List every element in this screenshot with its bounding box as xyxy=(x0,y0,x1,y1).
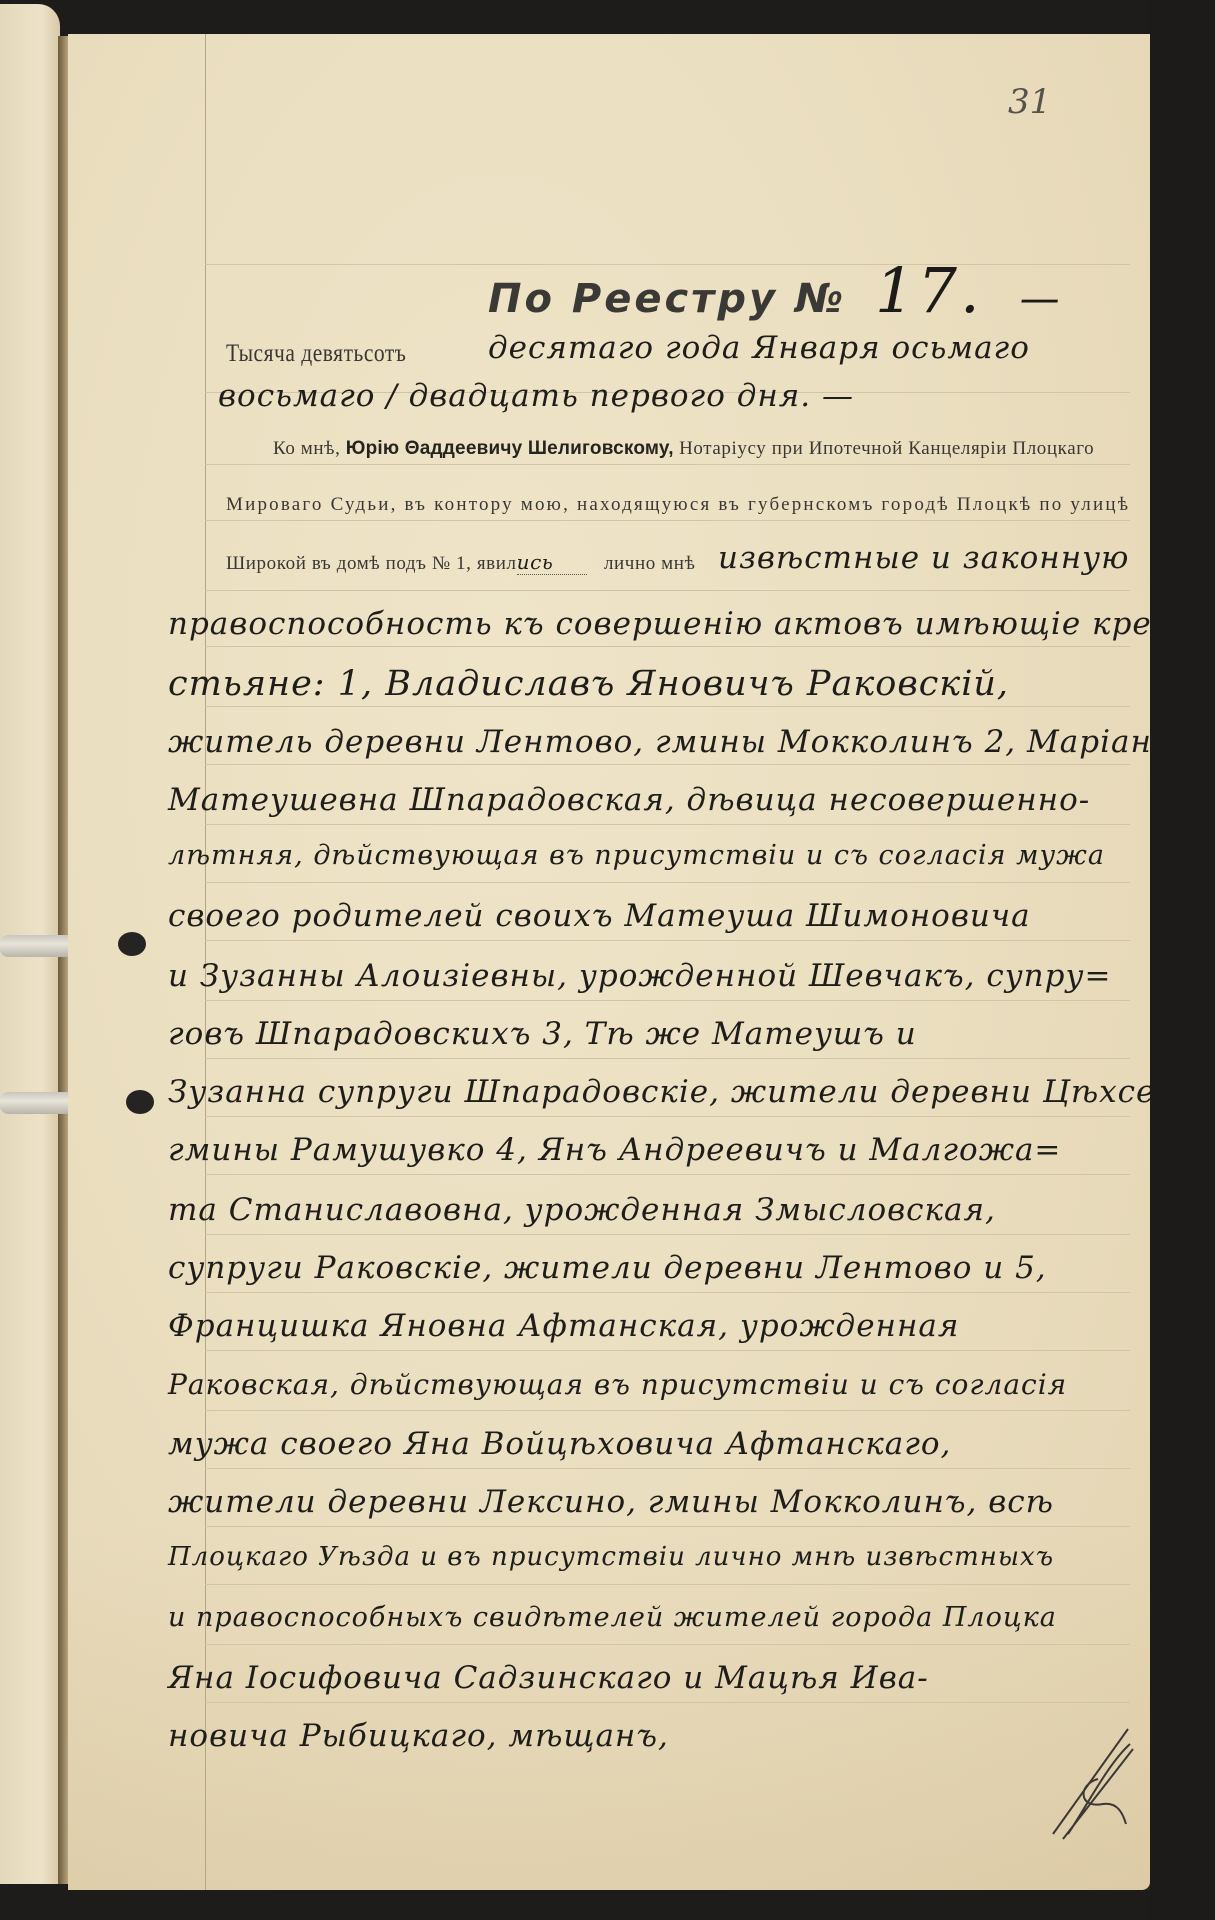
ruled-line xyxy=(205,1116,1130,1117)
binding-hole xyxy=(126,1090,154,1114)
printed-suffix: лично мнѣ xyxy=(604,553,696,574)
ruled-line xyxy=(205,1644,1130,1645)
handwritten-text: лѣтняя, дѣйствующая въ присутствіи и съ … xyxy=(168,840,1105,871)
ruled-line xyxy=(205,882,1130,883)
handwritten-text: своего родителей своихъ Матеуша Шимонови… xyxy=(168,898,1031,934)
handwritten-text: и Зузанны Алоизіевны, урожденной Шевчакъ… xyxy=(168,958,1111,994)
ruled-line xyxy=(205,1350,1130,1351)
handwritten-text: Матеушевна Шпарадовская, дѣвица несоверш… xyxy=(168,782,1090,818)
handwritten-text: Раковская, дѣйствующая въ присутствіи и … xyxy=(168,1368,1067,1401)
printed-suffix: Нотаріусу при Ипотечной Канцеляріи Плоцк… xyxy=(679,438,1094,459)
handwritten-text: восьмаго / двадцать первого дня. — xyxy=(218,378,854,414)
ruled-line xyxy=(205,590,1130,591)
heading-dash: — xyxy=(1020,276,1063,322)
handwritten-text: мужа своего Яна Войцѣховича Афтанскаго, xyxy=(168,1426,951,1462)
handwritten-text: говъ Шпарадовскихъ 3, Тѣ же Матеушъ и xyxy=(168,1016,917,1052)
handwritten-text: новича Рыбицкаго, мѣщанъ, xyxy=(168,1718,669,1754)
ruled-line xyxy=(205,1584,1130,1585)
ruled-line xyxy=(205,1702,1130,1703)
handwritten-text: Зузанна супруги Шпарадовскіе, жители дер… xyxy=(168,1074,1166,1110)
printed-prefix: Ко мнѣ, xyxy=(273,438,340,459)
ruled-line xyxy=(205,764,1130,765)
ruled-line xyxy=(205,1526,1130,1527)
ruled-line xyxy=(205,1058,1130,1059)
ruled-line xyxy=(205,1174,1130,1175)
handwritten-text: та Станиславовна, урожденная Змысловская… xyxy=(168,1192,996,1228)
handwritten-text: Плоцкаго Уѣзда и въ присутствіи лично мн… xyxy=(168,1542,1054,1572)
ruled-line xyxy=(205,646,1130,647)
heading-label: По Реестру № xyxy=(488,276,846,322)
ruled-line xyxy=(205,940,1130,941)
handwritten-text: Яна Іосифовича Садзинскаго и Мацѣя Ива- xyxy=(168,1660,929,1696)
handwritten-text: правоспособность къ совершенію актовъ им… xyxy=(168,606,1179,642)
signature-flourish-icon xyxy=(1048,1724,1138,1844)
book-gutter xyxy=(58,36,68,1884)
ruled-line xyxy=(205,520,1130,521)
printed-prefix: Широкой въ домѣ подъ № 1, явил xyxy=(226,553,517,574)
ruled-line xyxy=(205,824,1130,825)
ruled-line xyxy=(205,1410,1130,1411)
handwritten-text: Францишка Яновна Афтанская, урожденная xyxy=(168,1308,959,1344)
handwritten-text: супруги Раковскіе, жители деревни Лентов… xyxy=(168,1250,1047,1286)
printed-text: Тысяча девятьсотъ xyxy=(226,340,406,368)
ruled-line xyxy=(205,1234,1130,1235)
ruled-line xyxy=(205,1468,1130,1469)
ruled-line xyxy=(205,464,1130,465)
register-number: 17. xyxy=(875,254,983,327)
handwritten-text: гмины Рамушувко 4, Янъ Андреевичъ и Малг… xyxy=(168,1132,1061,1168)
printed-text: Широкой въ домѣ подъ № 1, явились лично … xyxy=(226,550,695,575)
folio-number: 31 xyxy=(1008,82,1051,122)
printed-text: Ко мнѣ, Юрію Θаддеевичу Шелиговскому, Но… xyxy=(273,438,1094,460)
register-heading: По Реестру № 17. — xyxy=(488,254,1063,327)
handwritten-text: стьяне: 1, Владиславъ Яновичъ Раковскій, xyxy=(168,664,1009,704)
binding-hole xyxy=(118,932,146,956)
notary-name: Юрію Θаддеевичу Шелиговскому, xyxy=(346,438,674,459)
handwritten-text: извѣстные и законную xyxy=(718,540,1129,576)
handwritten-fill-in: ись xyxy=(517,550,587,575)
handwritten-text: жители деревни Лексино, гмины Мокколинъ,… xyxy=(168,1484,1054,1520)
document-page: 31 По Реестру № 17. — Тысяча девятьсотъ … xyxy=(68,34,1150,1890)
handwritten-text: и правоспособныхъ свидѣтелей жителей гор… xyxy=(168,1602,1057,1633)
ruled-line xyxy=(205,1292,1130,1293)
ruled-line xyxy=(205,1000,1130,1001)
printed-text: Мироваго Судьи, въ контору мою, находящу… xyxy=(226,494,1130,516)
handwritten-text: десятаго года Января осьмаго xyxy=(488,330,1030,366)
ruled-line xyxy=(205,706,1130,707)
handwritten-text: житель деревни Лентово, гмины Мокколинъ … xyxy=(168,724,1193,760)
background-edge xyxy=(1150,0,1215,1920)
